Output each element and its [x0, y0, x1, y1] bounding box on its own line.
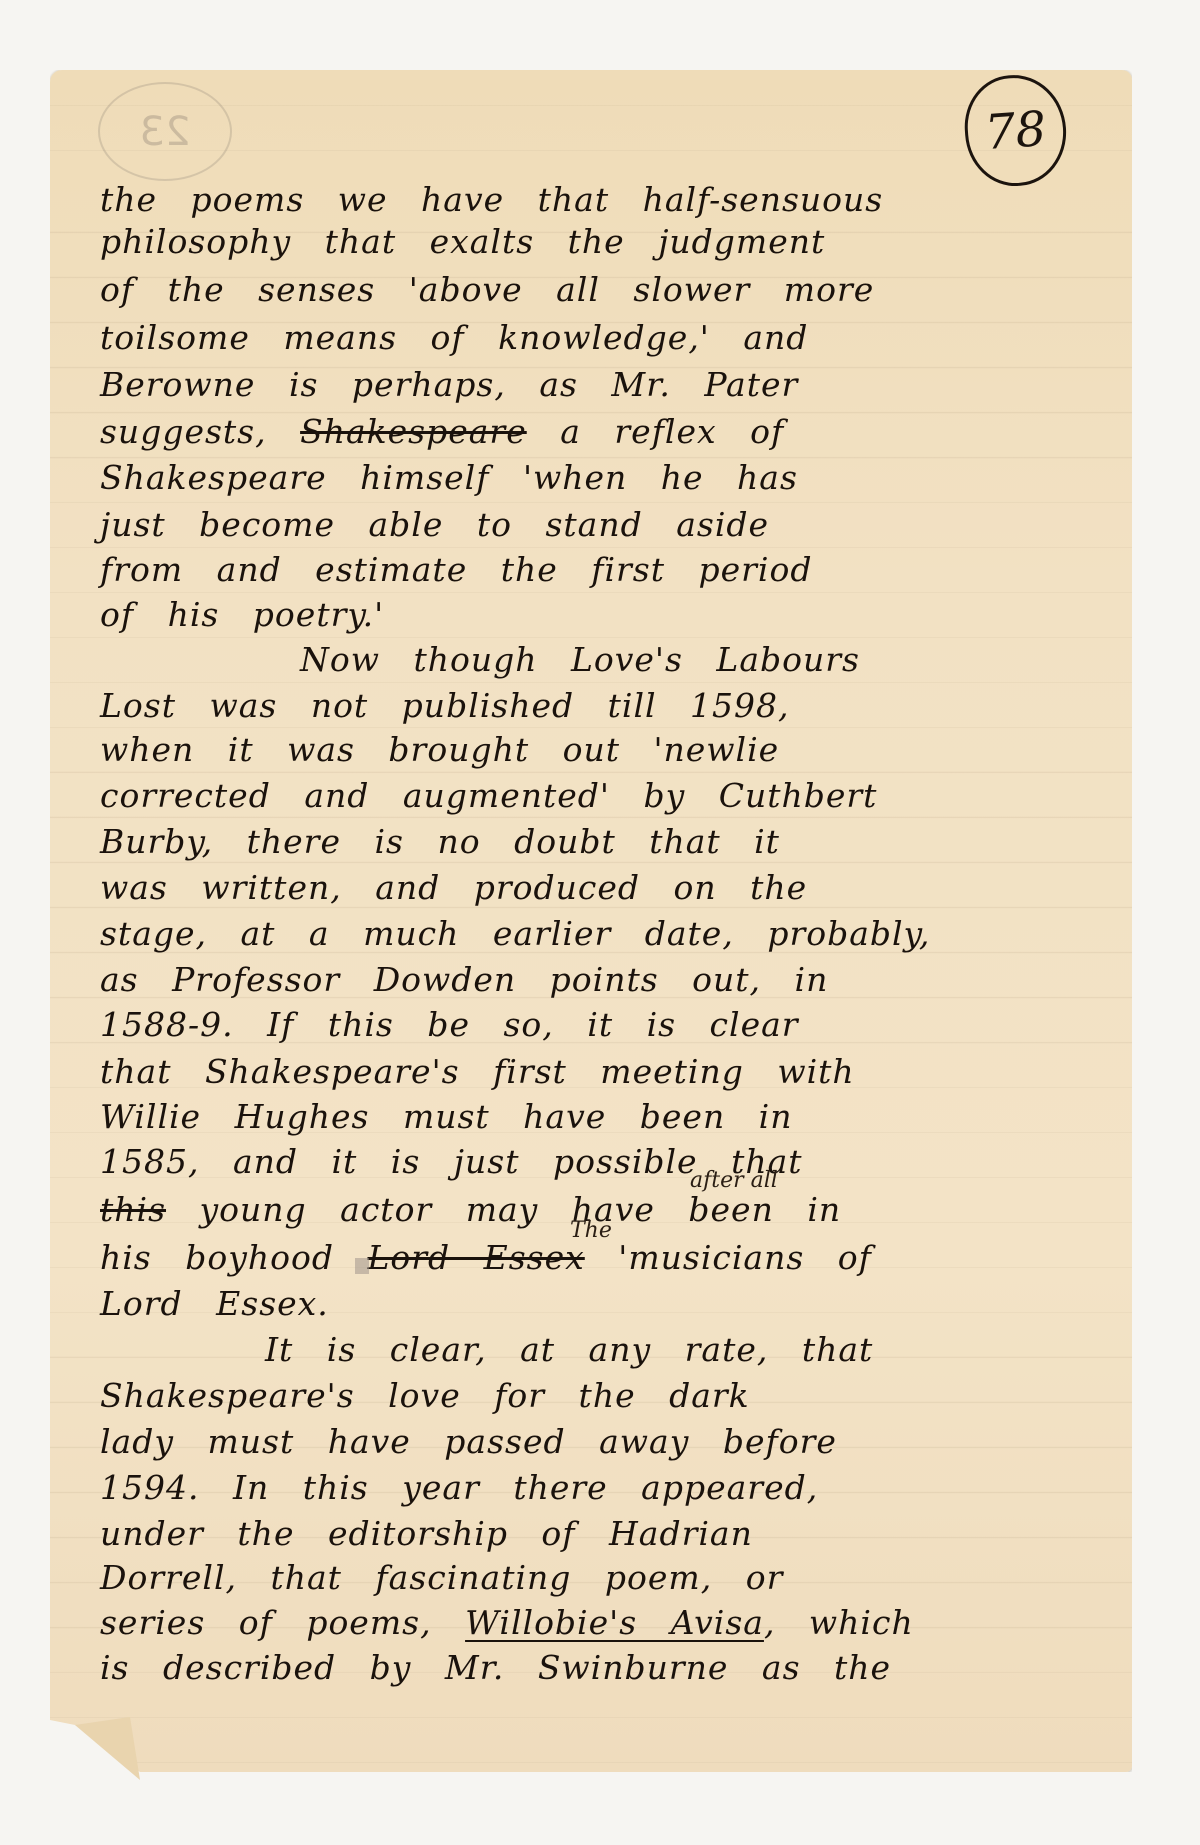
text-line-29: 1594. In this year there appeared,	[100, 1468, 1110, 1508]
text: his boyhood	[100, 1238, 334, 1277]
text-line-3: of the senses 'above all slower more	[100, 270, 1110, 310]
text-line-9: from and estimate the first period	[100, 550, 1110, 590]
struck-word: Shakespeare	[300, 412, 527, 451]
text-line-13: when it was brought out 'newlie	[100, 730, 1110, 770]
text: young actor may have been in	[200, 1190, 842, 1229]
text-line-22: 1585, and it is just possible that	[100, 1142, 1110, 1182]
text-line-10: of his poetry.'	[100, 595, 1110, 635]
struck-word: Lord Essex	[367, 1238, 584, 1277]
text-line-6: suggests, Shakespeare a reflex of	[100, 412, 1110, 452]
text-line-18: as Professor Dowden points out, in	[100, 960, 1110, 1000]
text-line-31: Dorrell, that fascinating poem, or	[100, 1558, 1110, 1598]
text-line-28: lady must have passed away before	[100, 1422, 1110, 1462]
text-line-1: the poems we have that half-sensuous	[100, 180, 1110, 220]
underlined-title: Willobie's Avisa	[465, 1603, 764, 1642]
text-line-2: philosophy that exalts the judgment	[100, 222, 1110, 262]
text-line-14: corrected and augmented' by Cuthbert	[100, 776, 1110, 816]
show-through-page-number: 23	[98, 82, 232, 181]
paper-stain	[355, 1258, 369, 1274]
text-line-5: Berowne is perhaps, as Mr. Pater	[100, 365, 1110, 405]
text-line-11: Now though Love's Labours	[300, 640, 1200, 680]
text-line-32: series of poems, Willobie's Avisa, which	[100, 1603, 1110, 1643]
struck-word: this	[100, 1190, 166, 1229]
text-line-7: Shakespeare himself 'when he has	[100, 458, 1110, 498]
text-line-20: that Shakespeare's first meeting with	[100, 1052, 1110, 1092]
text-line-15: Burby, there is no doubt that it	[100, 822, 1110, 862]
text: suggests,	[100, 412, 267, 451]
text-line-21: Willie Hughes must have been in	[100, 1097, 1110, 1137]
text: 'musicians of	[618, 1238, 872, 1277]
text: series of poems,	[100, 1603, 432, 1642]
text-line-12: Lost was not published till 1598,	[100, 686, 1110, 726]
text-line-8: just become able to stand aside	[100, 505, 1110, 545]
text-line-16: was written, and produced on the	[100, 868, 1110, 908]
text-line-19: 1588-9. If this be so, it is clear	[100, 1005, 1110, 1045]
text-line-27: Shakespeare's love for the dark	[100, 1376, 1110, 1416]
text-line-33: is described by Mr. Swinburne as the	[100, 1648, 1110, 1688]
text-line-17: stage, at a much earlier date, probably,	[100, 914, 1110, 954]
folded-corner	[75, 1717, 140, 1780]
text: a reflex of	[560, 412, 784, 451]
text-line-25: Lord Essex.	[100, 1284, 1110, 1324]
text-line-26: It is clear, at any rate, that	[265, 1330, 1200, 1370]
text-line-24: his boyhood Lord Essex 'musicians of	[100, 1238, 1110, 1278]
text: , which	[764, 1603, 914, 1642]
text-line-4: toilsome means of knowledge,' and	[100, 318, 1110, 358]
page-number: 78	[983, 100, 1048, 160]
text-line-30: under the editorship of Hadrian	[100, 1514, 1110, 1554]
